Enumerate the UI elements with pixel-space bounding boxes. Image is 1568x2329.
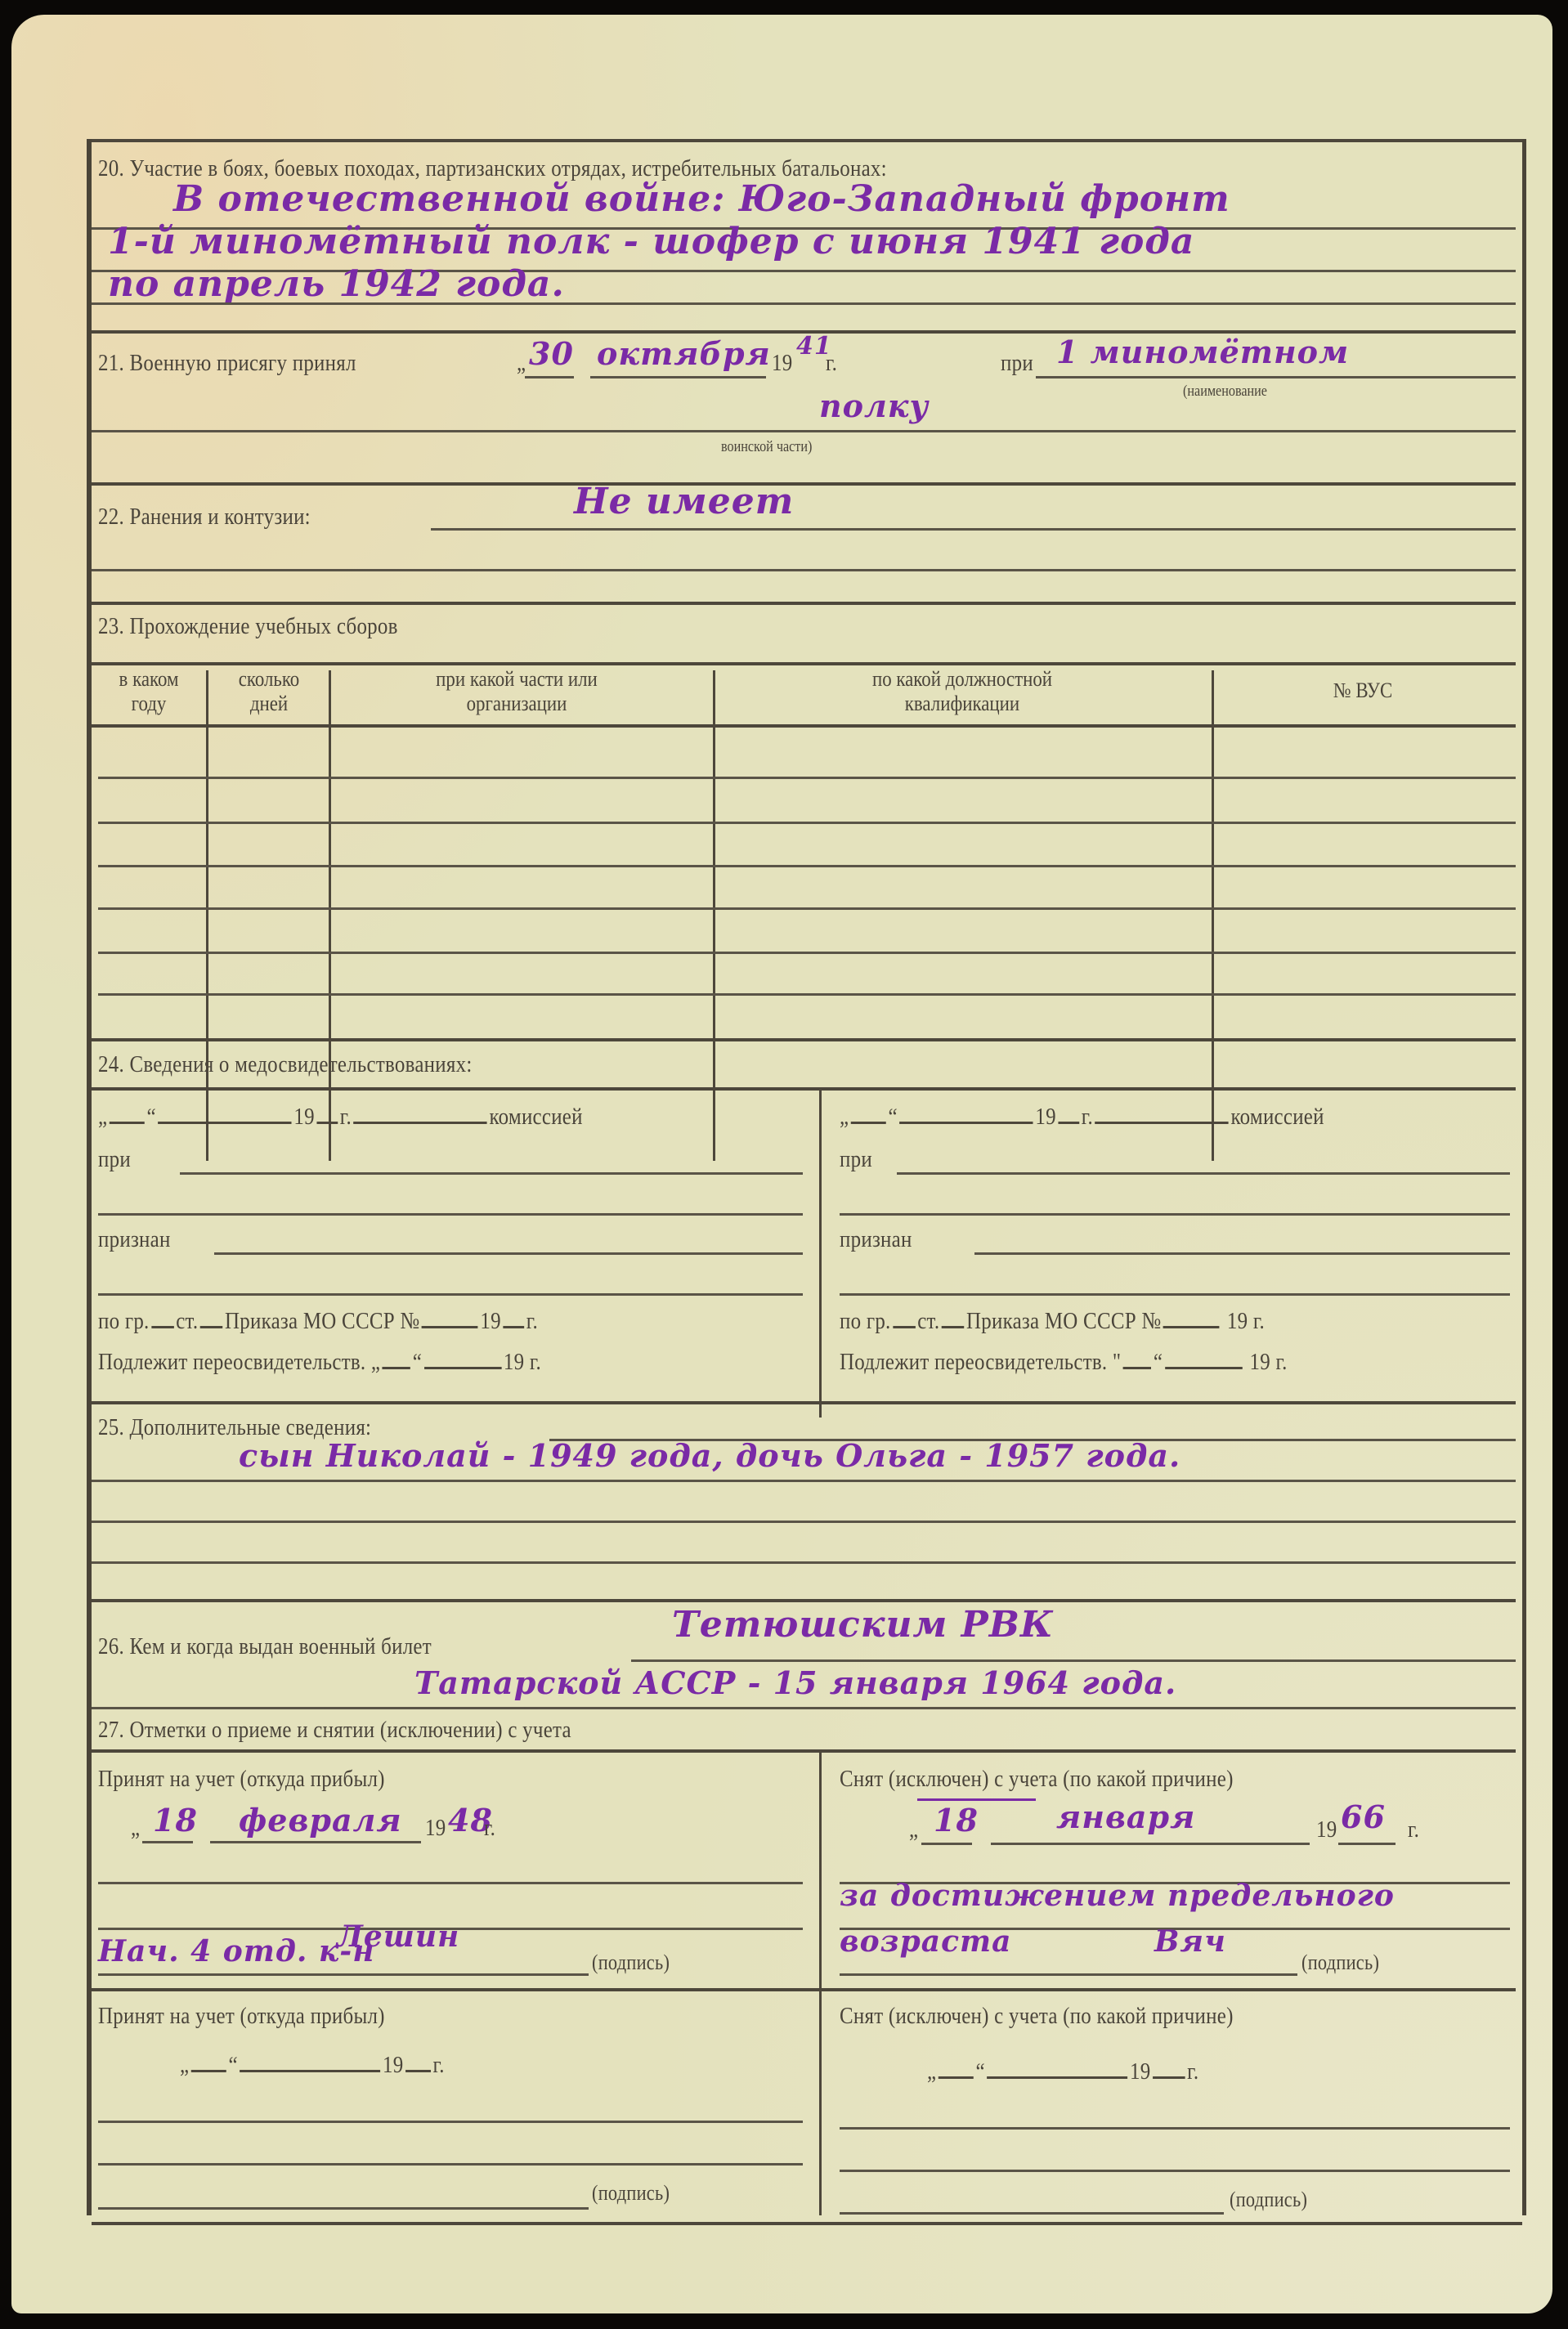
rule	[98, 2121, 803, 2123]
registration-in-1-title: Принят на учет (откуда прибыл)	[98, 1766, 385, 1793]
rule	[214, 1252, 803, 1255]
rule	[840, 1293, 1510, 1296]
oath-unit-line-1: 1 миномётном	[1056, 334, 1349, 370]
oath-at-label: при	[1001, 350, 1033, 377]
column-divider	[819, 1091, 822, 1418]
registration-in-1-month: февраля	[239, 1802, 402, 1839]
section-23-label: 23. Прохождение учебных сборов	[98, 613, 398, 640]
registration-out-1-title: Снят (исключен) с учета (по какой причин…	[840, 1766, 1234, 1793]
rule	[92, 569, 1516, 571]
section-20-line-3: по апрель 1942 года.	[108, 263, 565, 305]
rule	[92, 1480, 1516, 1482]
bottom-rule	[92, 2222, 1522, 2225]
oath-unit-caption-2: воинской части)	[721, 438, 812, 456]
registration-out-1-month: января	[1056, 1798, 1195, 1835]
medical-right-at: при	[840, 1146, 872, 1173]
section-20-line-2: 1-й миномётный полк - шофер с июня 1941 …	[108, 221, 1194, 262]
underline-mark	[917, 1798, 1036, 1801]
medical-left-at: при	[98, 1146, 131, 1173]
medical-left-order-line: по гр.ст.Приказа МО СССР №19г.	[98, 1308, 538, 1335]
rule	[92, 1087, 1516, 1091]
rule	[431, 528, 1516, 531]
col-header-qualification: по какой должностнойквалификации	[743, 667, 1182, 716]
registration-out-2-date-line: „“19г.	[927, 2058, 1198, 2085]
section-26-label: 26. Кем и когда выдан военный билет	[98, 1633, 432, 1660]
oath-day: 30	[529, 335, 574, 372]
registration-out-1-reason-2: возраста	[840, 1924, 1011, 1959]
oath-year-unit: г.	[826, 350, 837, 377]
signature-caption: (подпись)	[1230, 2188, 1307, 2212]
wounds-value: Не имеет	[574, 481, 794, 522]
oath-year-prefix: 19	[772, 350, 792, 377]
rule	[590, 376, 766, 378]
registration-out-1-year-prefix: 19	[1316, 1816, 1337, 1843]
rule	[92, 1707, 1516, 1709]
divider	[92, 1038, 1516, 1041]
oath-unit-caption-1: (наименование	[1183, 383, 1267, 401]
registration-out-1-day: 18	[934, 1802, 979, 1839]
divider	[92, 482, 1516, 486]
rule	[98, 1213, 803, 1216]
section-27-label: 27. Отметки о приеме и снятии (исключени…	[98, 1717, 571, 1744]
rule	[631, 1659, 1516, 1662]
rule	[98, 1973, 589, 1976]
column-divider	[819, 1751, 822, 2215]
rule	[98, 1293, 803, 1296]
rule	[991, 1843, 1310, 1845]
rule	[92, 1521, 1516, 1523]
rule	[92, 1749, 1516, 1753]
table-top-rule	[92, 662, 1516, 665]
rule	[92, 302, 1516, 305]
medical-left-date-line: „“19г.комиссией	[98, 1104, 583, 1131]
issued-by-line-1: Тетюшским РВК	[672, 1604, 1054, 1646]
rule	[92, 1561, 1516, 1564]
form-frame: 20. Участие в боях, боевых походах, парт…	[87, 139, 1526, 2215]
rule	[840, 1973, 1297, 1976]
col-header-unit: при какой части илиорганизации	[352, 667, 683, 716]
registration-out-1-unit: г.	[1408, 1816, 1419, 1843]
medical-left-recognized: признан	[98, 1226, 171, 1253]
rule	[142, 1841, 193, 1843]
medical-right-date-line: „“19г.комиссией	[840, 1104, 1324, 1131]
col-header-year: в какомгоду	[98, 667, 199, 716]
section-22-label: 22. Ранения и контузии:	[98, 504, 311, 531]
registration-out-1-signature: Вяч	[1154, 1924, 1226, 1959]
document-page: 20. Участие в боях, боевых походах, парт…	[11, 15, 1552, 2313]
quote-open: „	[131, 1815, 140, 1842]
rule	[840, 2170, 1510, 2172]
section-20-line-1: В отечественной войне: Юго-Западный фрон…	[173, 178, 1230, 220]
divider	[92, 602, 1516, 605]
rule	[974, 1252, 1510, 1255]
table-header-rule	[92, 724, 1516, 728]
rule	[525, 376, 574, 378]
quote-open: „	[517, 350, 526, 377]
rule	[921, 1843, 972, 1845]
signature-caption: (подпись)	[592, 2181, 670, 2206]
rule	[180, 1172, 803, 1175]
registration-in-2-date-line: „“19г.	[180, 2052, 445, 2079]
rule	[98, 2163, 803, 2166]
registration-out-1-year-suffix: 66	[1341, 1798, 1386, 1835]
section-21-label: 21. Военную присягу принял	[98, 350, 356, 377]
rule	[897, 1172, 1510, 1175]
signature-caption: (подпись)	[1301, 1951, 1379, 1975]
col-header-days: сколькодней	[215, 667, 323, 716]
registration-in-1-day: 18	[153, 1802, 198, 1839]
oath-unit-line-2: полку	[819, 387, 929, 424]
divider	[92, 1401, 1516, 1404]
rule	[1338, 1843, 1396, 1845]
medical-left-recheck-line: Подлежит переосвидетельств. „“19 г.	[98, 1349, 541, 1376]
section-24-label: 24. Сведения о медосвидетельствованиях:	[98, 1051, 473, 1078]
divider	[92, 1599, 1516, 1602]
quote-open: „	[909, 1816, 918, 1843]
registration-out-1-reason-1: за достижением предельного	[840, 1879, 1395, 1913]
registration-in-1-unit: г.	[484, 1815, 495, 1842]
col-header-vus: № ВУС	[1230, 679, 1496, 703]
rule	[92, 1988, 1516, 1991]
rule	[840, 2127, 1510, 2130]
oath-month: октября	[597, 335, 771, 372]
rule	[840, 1213, 1510, 1216]
rule	[840, 2212, 1224, 2215]
rule	[210, 1841, 421, 1843]
additional-value: сын Николай - 1949 года, дочь Ольга - 19…	[239, 1437, 1180, 1474]
medical-right-recognized: признан	[840, 1226, 912, 1253]
rule	[1036, 376, 1516, 378]
rule	[98, 1882, 803, 1884]
registration-in-1-signature: Лешин	[337, 1919, 459, 1954]
registration-in-1-signer: Нач. 4 отд. к-н	[98, 1934, 374, 1968]
divider	[92, 139, 1522, 142]
medical-right-recheck-line: Подлежит переосвидетельств. "“ 19 г.	[840, 1349, 1288, 1376]
registration-in-2-title: Принят на учет (откуда прибыл)	[98, 2003, 385, 2030]
registration-out-2-title: Снят (исключен) с учета (по какой причин…	[840, 2003, 1234, 2030]
rule	[92, 430, 1516, 432]
registration-in-1-year-prefix: 19	[425, 1815, 446, 1842]
signature-caption: (подпись)	[592, 1951, 670, 1975]
rule	[98, 2207, 589, 2210]
issued-by-line-2: Татарской АССР - 15 января 1964 года.	[414, 1664, 1176, 1701]
medical-right-order-line: по гр.ст.Приказа МО СССР № 19 г.	[840, 1308, 1265, 1335]
